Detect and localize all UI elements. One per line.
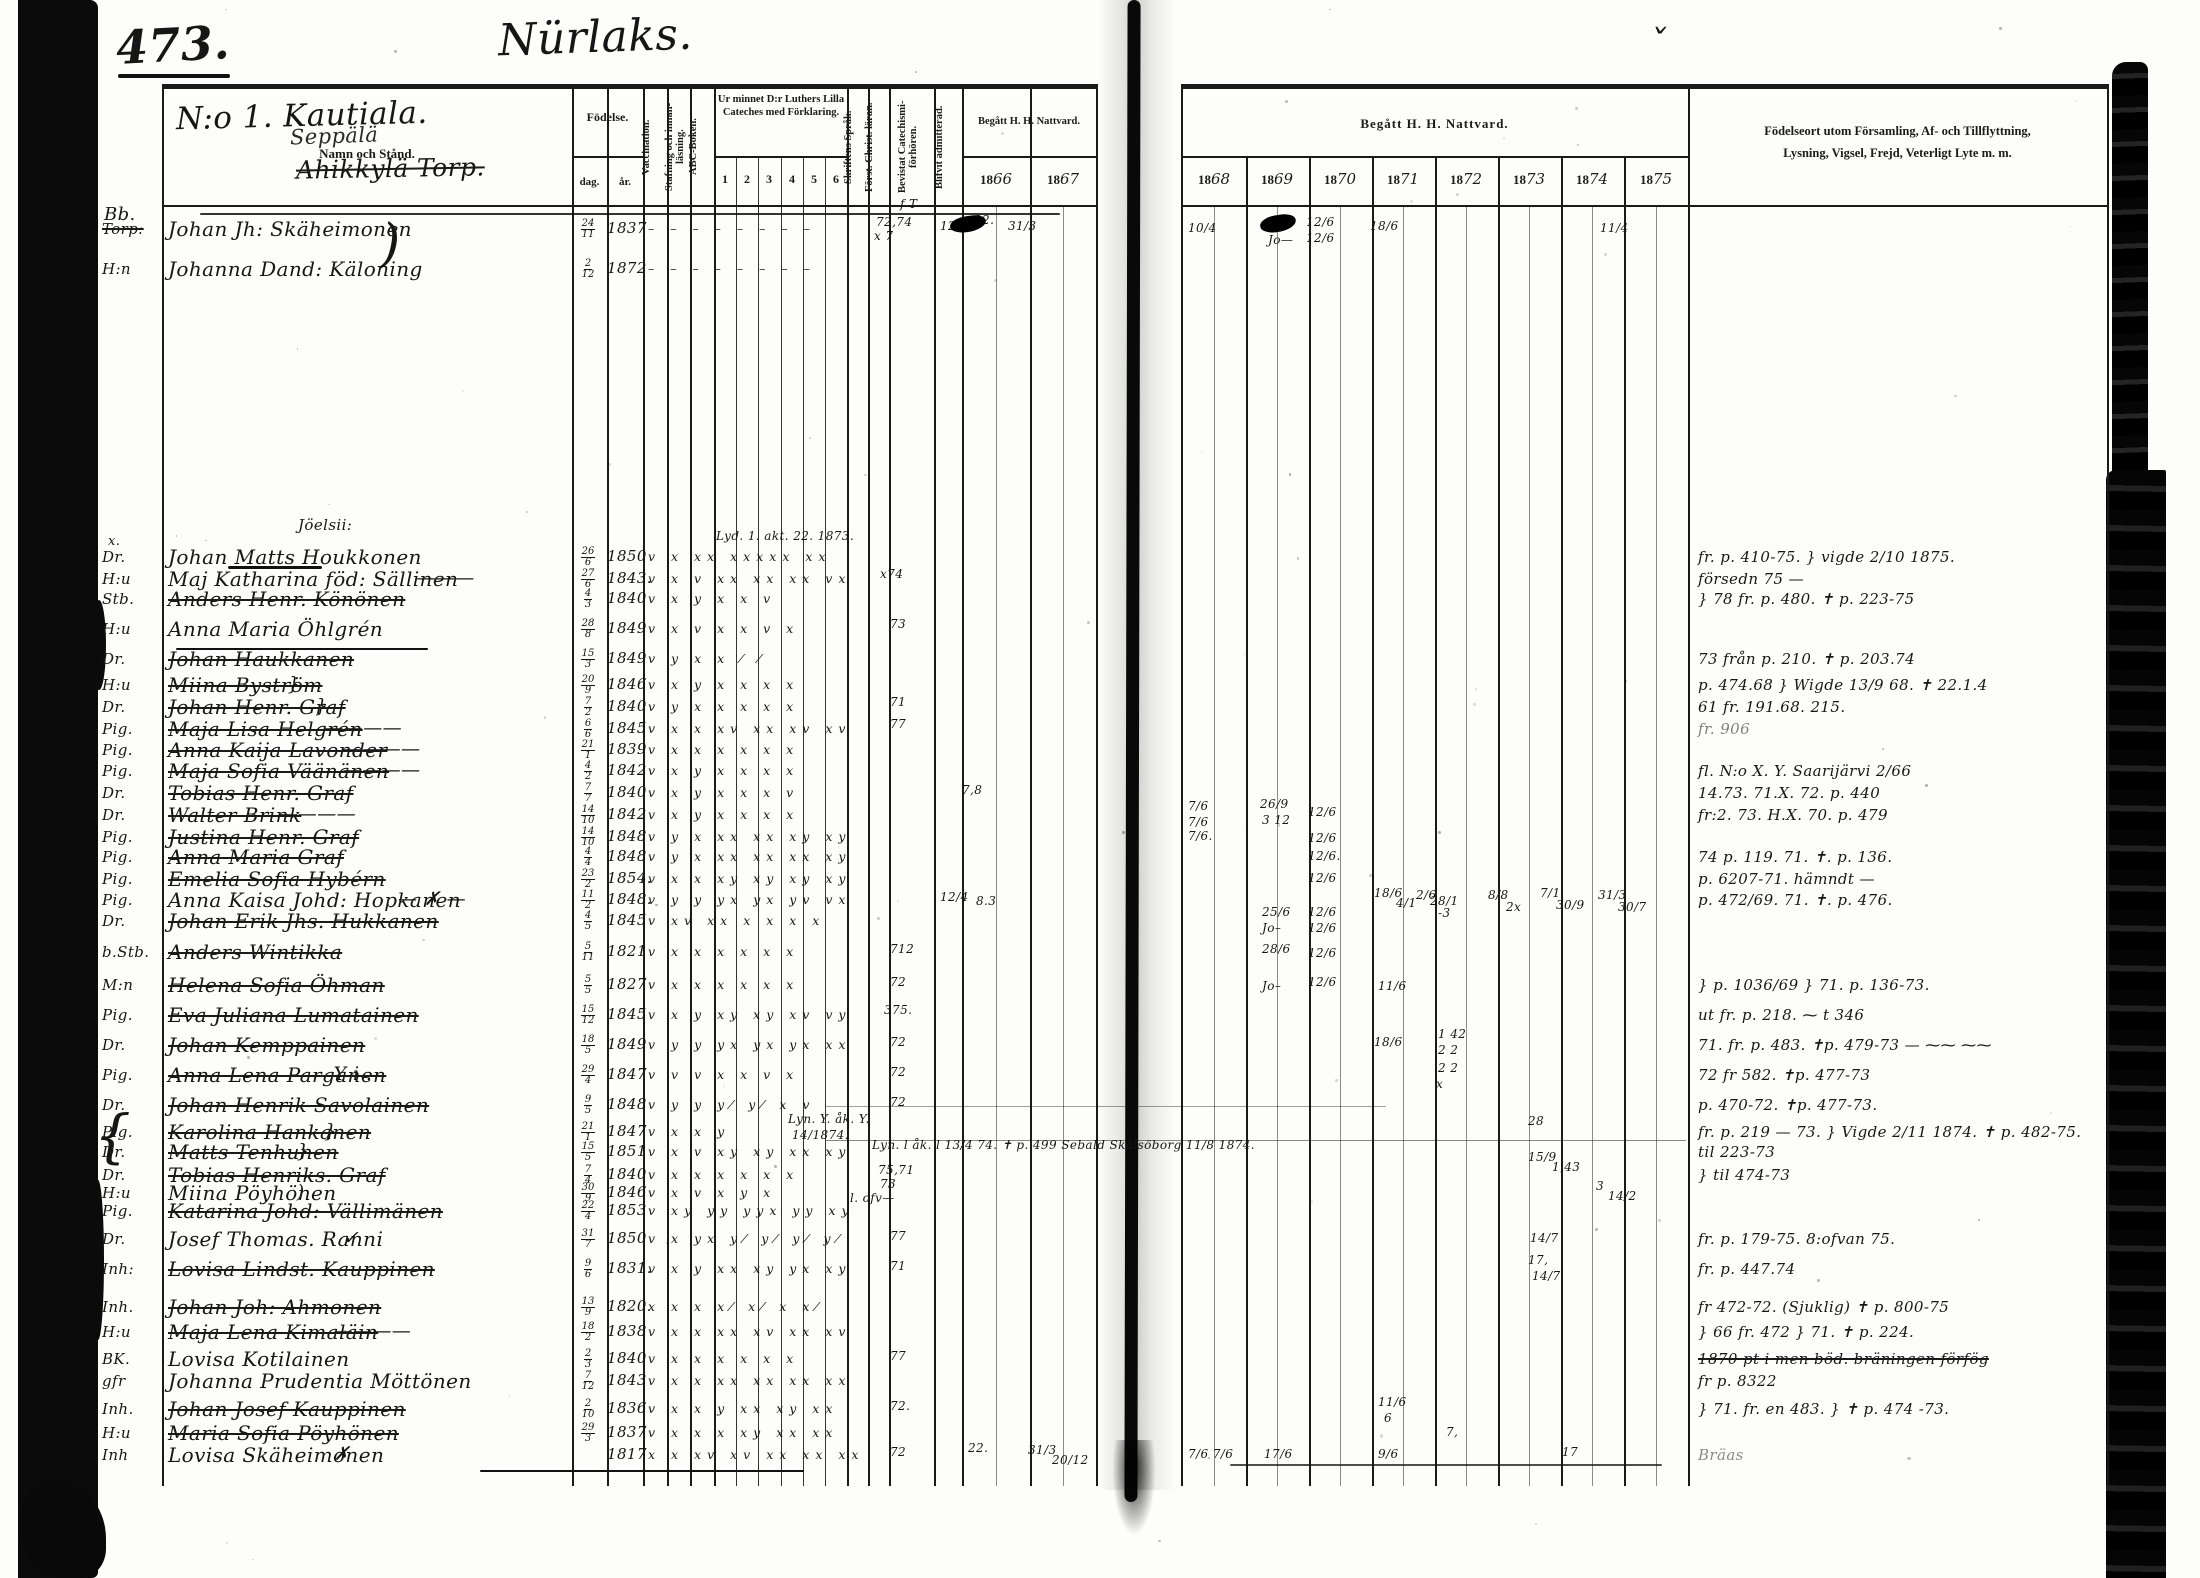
pen-line <box>826 1140 1686 1141</box>
scan-noise-speck <box>1087 621 1090 624</box>
row-remark: } p. 1036/69 } 71. p. 136-73. <box>1698 976 1930 994</box>
row-marks: v x y x x x x <box>648 763 884 778</box>
scan-noise-speck <box>1625 680 1627 682</box>
row-note: 11/6 <box>1378 979 1407 993</box>
scan-noise-speck <box>608 463 611 466</box>
row-note: 18/6 <box>1374 1035 1403 1049</box>
row-margin-label: H:u <box>102 676 164 694</box>
scan-noise-speck <box>544 716 547 719</box>
row-birth-day: 96 <box>570 1259 606 1280</box>
column-header-vertical: Blifvit admitterad. <box>934 92 962 202</box>
row-note: Jo— <box>1268 233 1293 247</box>
row-name-tail: } <box>288 673 301 695</box>
year-label: 1868 <box>1187 170 1241 188</box>
pen-line <box>228 566 322 569</box>
row-marks: v x x x x x x <box>648 977 884 992</box>
row-birth-day: 185 <box>570 1035 606 1056</box>
row-remark: 14.73. 71.X. 72. p. 440 <box>1698 784 1880 802</box>
row-note: 12/6 <box>1306 231 1335 245</box>
row-remark: ut fr. p. 218. ⁓ t 346 <box>1698 1006 1864 1024</box>
row-birth-day: 153 <box>570 649 606 670</box>
row-margin-label: Pig. <box>102 1202 164 1220</box>
year-printed-prefix: 18 <box>980 172 993 187</box>
pen-line <box>480 1470 804 1472</box>
row-margin-label: gfr <box>102 1372 164 1390</box>
row-note: 8.3 <box>976 894 996 908</box>
scan-noise-speck <box>297 348 298 349</box>
scan-noise-speck <box>1882 748 1884 750</box>
row-marks: v y x x x x x <box>648 699 884 714</box>
row-marks: v x x x xy xx xx <box>648 1425 884 1440</box>
row-margin-label: b.Stb. <box>102 943 164 961</box>
row-birth-year: 1847 <box>607 1122 647 1140</box>
row-birth-day: 712 <box>570 1371 606 1392</box>
row-marks: v x x x x x x <box>648 742 884 757</box>
row-note: 22. <box>968 1441 988 1455</box>
page-number: 473. <box>115 15 231 75</box>
row-marks: v x yx y⁄ y⁄ y⁄ y⁄ <box>648 1231 884 1246</box>
row-margin-label: Dr. <box>102 1036 164 1054</box>
book-edge-right-upper <box>2112 62 2148 482</box>
year-label: 1874 <box>1565 170 1619 188</box>
scan-noise-speck <box>897 900 899 902</box>
scan-noise-speck <box>1535 1523 1537 1525</box>
row-margin-label: Pig. <box>102 762 164 780</box>
column-header-vertical: Bevistat Catechismi- förhören. <box>897 92 925 202</box>
row-name-tail: ✓ <box>343 1227 359 1249</box>
row-birth-year: 1817 <box>607 1445 647 1463</box>
row-note: 375. <box>884 1003 912 1017</box>
row-note: 10/4 <box>1188 221 1217 235</box>
row-note: 12/6 <box>1308 905 1337 919</box>
scan-noise-speck <box>176 535 177 536</box>
row-remark: p. 6207-71. hämndt — <box>1698 870 1875 888</box>
scan-noise-speck <box>1201 452 1202 453</box>
grid-line-vertical <box>1403 205 1404 1486</box>
row-margin-label: Dr. <box>102 1230 164 1248</box>
grid-line-vertical <box>1372 156 1374 1486</box>
row-note: 12/6 <box>1308 831 1337 845</box>
scan-noise-speck <box>1244 654 1246 656</box>
row-birth-year: 1849 <box>607 619 647 637</box>
handwritten-note: ) <box>380 214 401 274</box>
year-printed-prefix: 18 <box>1324 172 1337 187</box>
row-birth-year: 1848 <box>607 847 647 865</box>
grid-line-vertical <box>1277 205 1278 1486</box>
row-marks: v xy yy yyx yy xy <box>648 1203 884 1218</box>
year-printed-prefix: 18 <box>1513 172 1526 187</box>
book-edge-right-lower <box>2106 470 2166 1578</box>
row-marks: – – – – – – – – <box>648 261 884 276</box>
row-birth-day: 293 <box>570 1423 606 1444</box>
row-birth-year: 1848. <box>607 890 647 908</box>
row-birth-year: 1846 <box>607 675 647 693</box>
year-label: 1869 <box>1250 170 1304 188</box>
scan-noise-speck <box>1001 132 1004 135</box>
row-note: 12/4 <box>940 890 969 904</box>
row-note: 14/7 <box>1532 1269 1561 1283</box>
row-birth-day: 209 <box>570 675 606 696</box>
row-birth-year: 1845 <box>607 719 647 737</box>
scan-noise-speck <box>1817 1279 1820 1282</box>
row-remark: p. 472/69. 71. ✝. p. 476. <box>1698 891 1893 909</box>
year-label: 1875 <box>1629 170 1683 188</box>
row-name-tail: } <box>324 1120 337 1142</box>
row-marks: v x y x x v <box>648 591 884 606</box>
row-name: Lovisa Lindst. Kauppinen <box>168 1257 435 1281</box>
year-handwritten-digits: 70 <box>1337 170 1356 188</box>
row-note: 30/9 <box>1556 898 1585 912</box>
row-margin-label: Pig. <box>102 741 164 759</box>
year-label: 1873 <box>1502 170 1556 188</box>
row-marks: v x y x x x v <box>648 785 884 800</box>
row-marks: v x v xx xx xx vx <box>648 571 884 586</box>
row-birth-year: 1836 <box>607 1399 647 1417</box>
row-note: 72 <box>890 1035 906 1049</box>
row-remark: p. 474.68 } Wigde 13/9 68. ✝ 22.1.4 <box>1698 676 1988 694</box>
row-note: 6 <box>1384 1411 1392 1425</box>
row-note: 18/6 <box>1370 219 1399 233</box>
scan-noise-speck <box>1953 1019 1954 1020</box>
grid-line-vertical <box>1181 84 1183 1486</box>
row-note: 7/6 <box>1188 799 1209 813</box>
row-birth-day: 44 <box>570 847 606 868</box>
scan-noise-speck <box>2069 226 2071 228</box>
row-marks: v x xx xxxxx xx <box>648 549 884 564</box>
row-name: Johan Joh: Ahmonen <box>168 1295 381 1319</box>
year-label: 1871 <box>1376 170 1430 188</box>
row-margin-label: Inh: <box>102 1260 164 1278</box>
scan-noise-speck <box>1243 827 1244 828</box>
row-remark: Bräas <box>1698 1446 1744 1464</box>
row-birth-year: 1838 <box>607 1322 647 1340</box>
grid-line-horizontal <box>714 156 847 158</box>
year-handwritten-digits: 66 <box>993 170 1012 188</box>
year-printed-prefix: 18 <box>1450 172 1463 187</box>
scan-noise-speck <box>252 1559 254 1561</box>
row-note: 7/6 <box>1188 815 1209 829</box>
scan-noise-speck <box>723 1086 724 1087</box>
row-birth-year: 1842 <box>607 761 647 779</box>
scan-noise-speck <box>252 917 255 920</box>
row-note: Jo– <box>1262 979 1281 993</box>
grid-line-horizontal <box>572 156 643 158</box>
row-remark: fr. p. 447.74 <box>1698 1260 1795 1278</box>
row-birth-day: 2411 <box>570 219 606 240</box>
row-birth-day: 211 <box>570 1122 606 1143</box>
row-birth-day: 317 <box>570 1229 606 1250</box>
row-marks: v xv xx x x x x <box>648 913 884 928</box>
row-birth-year: 1843 <box>607 1371 647 1389</box>
row-note: 7, <box>1446 1425 1458 1439</box>
row-name-tail: ——— <box>416 567 474 589</box>
row-note: 3 12 <box>1262 813 1290 827</box>
row-birth-day: 511 <box>570 942 606 963</box>
scan-noise-speck <box>1438 831 1441 834</box>
row-note: 72 <box>890 975 906 989</box>
scan-noise-speck <box>225 9 226 10</box>
scan-noise-speck <box>1475 688 1478 691</box>
row-name: Johan Kemppainen <box>168 1033 365 1057</box>
row-name: Johan Erik Jhs. Hukkanen <box>168 909 439 933</box>
row-birth-day: 224 <box>570 1201 606 1222</box>
row-note: 31/3 <box>1008 219 1037 233</box>
grid-line-vertical <box>1561 156 1563 1486</box>
row-birth-year: 1845 <box>607 1005 647 1023</box>
scan-noise-speck <box>1978 1219 1980 1221</box>
row-marks: v y y y⁄ y⁄ x v <box>648 1097 884 1112</box>
row-name-tail: Y i . <box>334 1063 373 1085</box>
grid-line-vertical <box>1624 156 1626 1486</box>
row-birth-year: 1840 <box>607 697 647 715</box>
column-header-vertical: Först. Christ. läran. <box>864 92 892 202</box>
column-header-cateches: Ur minnet D:r Luthers Lilla Cateches med… <box>716 94 846 119</box>
column-header-birth-day: dag. <box>572 176 607 188</box>
row-name: Anders Henr. Könönen <box>168 587 405 611</box>
row-note: 20/12 <box>1052 1453 1089 1467</box>
row-marks: v x y xx xy yx xy <box>648 1261 884 1276</box>
row-note: 1,43 <box>1552 1160 1580 1174</box>
handwritten-note: { <box>94 1102 131 1170</box>
scan-noise-speck <box>1285 100 1288 103</box>
row-birth-year: 1831. <box>607 1259 647 1277</box>
year-handwritten-digits: 68 <box>1211 170 1230 188</box>
row-remark: försedn 75 — <box>1698 570 1804 588</box>
row-birth-year: 1850 <box>607 1229 647 1247</box>
cateches-col-number: 6 <box>826 172 846 187</box>
row-margin-label: Dr. <box>102 806 164 824</box>
scan-noise-speck <box>1369 874 1372 877</box>
ink-blot <box>949 214 987 235</box>
row-note: 25/6 <box>1262 905 1291 919</box>
scan-noise-speck <box>1954 395 1956 397</box>
row-remark: 72 fr 582. ✝p. 477-73 <box>1698 1066 1870 1084</box>
row-margin-label: Pig. <box>102 828 164 846</box>
row-marks: v y x x ⁄ ⁄ <box>648 651 884 666</box>
year-handwritten-digits: 74 <box>1589 170 1608 188</box>
scan-noise-speck <box>1812 797 1813 798</box>
scan-noise-speck <box>915 71 917 73</box>
row-marks: v x x y xx xy xx <box>648 1401 884 1416</box>
year-label: 1866 <box>969 170 1023 188</box>
handwritten-note: Bb. <box>104 204 136 225</box>
row-note: 71 <box>890 1259 906 1273</box>
row-remark: fl. N:o X. Y. Saarijärvi 2/66 <box>1698 762 1911 780</box>
row-marks: – – – – – – – – <box>648 221 884 236</box>
row-remark: fr p. 8322 <box>1698 1372 1777 1390</box>
row-margin-label: Pig. <box>102 1066 164 1084</box>
grid-line-vertical <box>1466 205 1467 1486</box>
cateches-col-number: 4 <box>782 172 802 187</box>
scan-noise-speck <box>374 1037 377 1040</box>
scan-noise-speck <box>422 939 424 941</box>
row-name-tail: — ✗ — <box>398 888 466 910</box>
row-birth-year: 1872 <box>607 259 647 277</box>
row-margin-label: Dr. <box>102 698 164 716</box>
row-marks: v x v xy xy xx xy <box>648 1144 884 1159</box>
row-note: 72. <box>890 1399 910 1413</box>
scan-noise-speck <box>1999 27 2002 30</box>
row-marks: v x x xv xx xv xv <box>648 721 884 736</box>
row-marks: v x y x x x x <box>648 677 884 692</box>
row-marks: v x v x y x <box>648 1185 884 1200</box>
row-remark: fr. 906 <box>1698 720 1750 738</box>
row-birth-year: 1821 <box>607 942 647 960</box>
row-birth-day: 72 <box>570 697 606 718</box>
row-remark: fr. p. 179-75. 8:ofvan 75. <box>1698 1230 1895 1248</box>
row-note: 14/7 <box>1530 1231 1559 1245</box>
row-marks: v x x xx xv xx xv <box>648 1324 884 1339</box>
grid-line-horizontal <box>162 205 1096 207</box>
row-remark: 1870 pt i men böd. bräningen förfög <box>1698 1350 1989 1368</box>
year-printed-prefix: 18 <box>1640 172 1653 187</box>
row-note: 77 <box>890 1229 906 1243</box>
grid-line-vertical <box>1030 84 1032 1486</box>
row-name-tail: ———— <box>324 717 402 739</box>
row-margin-label: Pig. <box>102 720 164 738</box>
row-remark: 73 från p. 210. ✝ p. 203.74 <box>1698 650 1915 668</box>
row-marks: v v v x x v x <box>648 1067 884 1082</box>
row-margin-label: M:n <box>102 976 164 994</box>
cateches-col-number: 5 <box>804 172 824 187</box>
row-name: Katarina Johd: Vällimänen <box>168 1199 443 1223</box>
row-margin-label: Inh. <box>102 1298 164 1316</box>
row-remark: 61 fr. 191.68. 215. <box>1698 698 1846 716</box>
row-marks: v y x xx xx xx xy <box>648 849 884 864</box>
row-birth-year: 1839 <box>607 740 647 758</box>
row-note: 2x <box>1506 900 1521 914</box>
scan-noise-speck <box>1658 1219 1661 1222</box>
scan-noise-speck <box>1358 1066 1360 1068</box>
row-note: 7/6. <box>1188 829 1213 843</box>
row-birth-day: 212 <box>570 259 606 280</box>
row-birth-year: 1840 <box>607 1165 647 1183</box>
row-note: 17, <box>1528 1253 1548 1267</box>
row-birth-day: 294 <box>570 1065 606 1086</box>
row-note: 77 <box>890 717 906 731</box>
row-birth-day: 288 <box>570 619 606 640</box>
row-birth-year: 1848 <box>607 827 647 845</box>
year-label: 1872 <box>1439 170 1493 188</box>
row-birth-year: 1848 <box>607 1095 647 1113</box>
row-birth-year: 1827 <box>607 975 647 993</box>
row-note: f T <box>900 197 917 211</box>
year-handwritten-digits: 71 <box>1400 170 1419 188</box>
row-name: Anna Maria Graf <box>168 845 344 869</box>
grid-line-vertical <box>2107 84 2109 1486</box>
handwritten-note: x. <box>108 534 120 549</box>
year-printed-prefix: 18 <box>1387 172 1400 187</box>
year-handwritten-digits: 69 <box>1274 170 1293 188</box>
row-birth-day: 43 <box>570 589 606 610</box>
year-handwritten-digits: 67 <box>1060 170 1079 188</box>
row-name: Anna Maria Öhlgrén <box>168 617 383 641</box>
column-header-name: Namn och Stånd. <box>162 146 572 162</box>
row-note: 2 2 <box>1438 1043 1458 1057</box>
row-name-tail: } <box>315 695 328 717</box>
grid-line-vertical <box>1214 205 1215 1486</box>
scan-noise-speck <box>1575 107 1577 109</box>
row-name: Lovisa Kotilainen <box>168 1347 350 1371</box>
row-margin-label: Inh. <box>102 1400 164 1418</box>
row-name: Tobias Henr. Graf <box>168 781 353 805</box>
pen-line <box>176 648 428 650</box>
row-name: Johan Josef Kauppinen <box>168 1397 406 1421</box>
row-remark: p. 470-72. ✝p. 477-73. <box>1698 1096 1878 1114</box>
row-name-tail: ———— <box>343 738 421 760</box>
row-remark: } 78 fr. p. 480. ✝ p. 223-75 <box>1698 590 1915 608</box>
grid-line-vertical <box>889 84 891 1486</box>
year-label: 1870 <box>1313 170 1367 188</box>
grid-line-vertical <box>1309 156 1311 1486</box>
row-note: 712 <box>890 942 914 956</box>
row-marks: v y x xx xx xy xy <box>648 829 884 844</box>
row-note: 77 <box>890 1349 906 1363</box>
grid-line-horizontal <box>1181 156 1688 158</box>
ink-blot <box>1259 213 1297 235</box>
scan-noise-speck <box>328 504 330 506</box>
row-marks: v x x x x x x <box>648 1167 884 1182</box>
row-remark: til 223-73 <box>1698 1143 1775 1161</box>
row-marks: v y y yx yx yx xx <box>648 1037 884 1052</box>
scan-noise-speck <box>1158 1540 1160 1542</box>
row-birth-day: 155 <box>570 1142 606 1163</box>
scan-noise-speck <box>655 904 657 906</box>
scan-noise-speck <box>1577 144 1578 145</box>
row-note: 11/4 <box>1600 221 1629 235</box>
row-note: 28/6 <box>1262 942 1291 956</box>
row-birth-year: 1854. <box>607 869 647 887</box>
scan-noise-speck <box>509 1396 510 1397</box>
row-birth-day: 77 <box>570 783 606 804</box>
scan-noise-speck <box>394 50 397 53</box>
row-margin-label: Pig. <box>102 1006 164 1024</box>
row-note: 1 42 <box>1438 1027 1466 1041</box>
row-margin-label: Pig. <box>102 848 164 866</box>
row-note: 12/6 <box>1308 921 1337 935</box>
scan-noise-speck <box>1278 824 1280 826</box>
row-margin-label: BK. <box>102 1350 164 1368</box>
row-name: Helena Sofia Öhman <box>168 973 385 997</box>
row-birth-day: 232 <box>570 869 606 890</box>
row-birth-day: 1410 <box>570 805 606 826</box>
scan-noise-speck <box>1311 1200 1313 1202</box>
cateches-col-number: 3 <box>759 172 779 187</box>
year-label: 1867 <box>1036 170 1090 188</box>
scan-noise-speck <box>1503 137 1505 139</box>
row-note: 12/6 <box>1308 805 1337 819</box>
row-birth-year: 1849 <box>607 1035 647 1053</box>
year-printed-prefix: 18 <box>1576 172 1589 187</box>
column-header-remarks-line1: Födelseort utom Församling, Af- och Till… <box>1688 124 2107 139</box>
row-note: 26/9 <box>1260 797 1289 811</box>
column-header-communion-right: Begått H. H. Nattvard. <box>1181 116 1688 132</box>
row-marks: v x y xy xy xv vy <box>648 1007 884 1022</box>
row-note: 30/7 <box>1618 900 1647 914</box>
scan-noise-speck <box>1329 9 1331 11</box>
row-birth-day: 266 <box>570 547 606 568</box>
scan-noise-speck <box>1380 1434 1383 1437</box>
grid-line-vertical <box>1529 205 1530 1486</box>
row-remark: } til 474-73 <box>1698 1166 1790 1184</box>
row-birth-day: 1410 <box>570 827 606 848</box>
row-note: x74 <box>880 567 903 581</box>
row-marks: x x x x⁄ x⁄ x x⁄ <box>648 1299 884 1314</box>
scan-noise-speck <box>1410 200 1413 203</box>
row-name: Johanna Prudentia Möttönen <box>168 1369 472 1393</box>
row-margin-label: Pig. <box>102 891 164 909</box>
year-handwritten-digits: 72 <box>1463 170 1482 188</box>
